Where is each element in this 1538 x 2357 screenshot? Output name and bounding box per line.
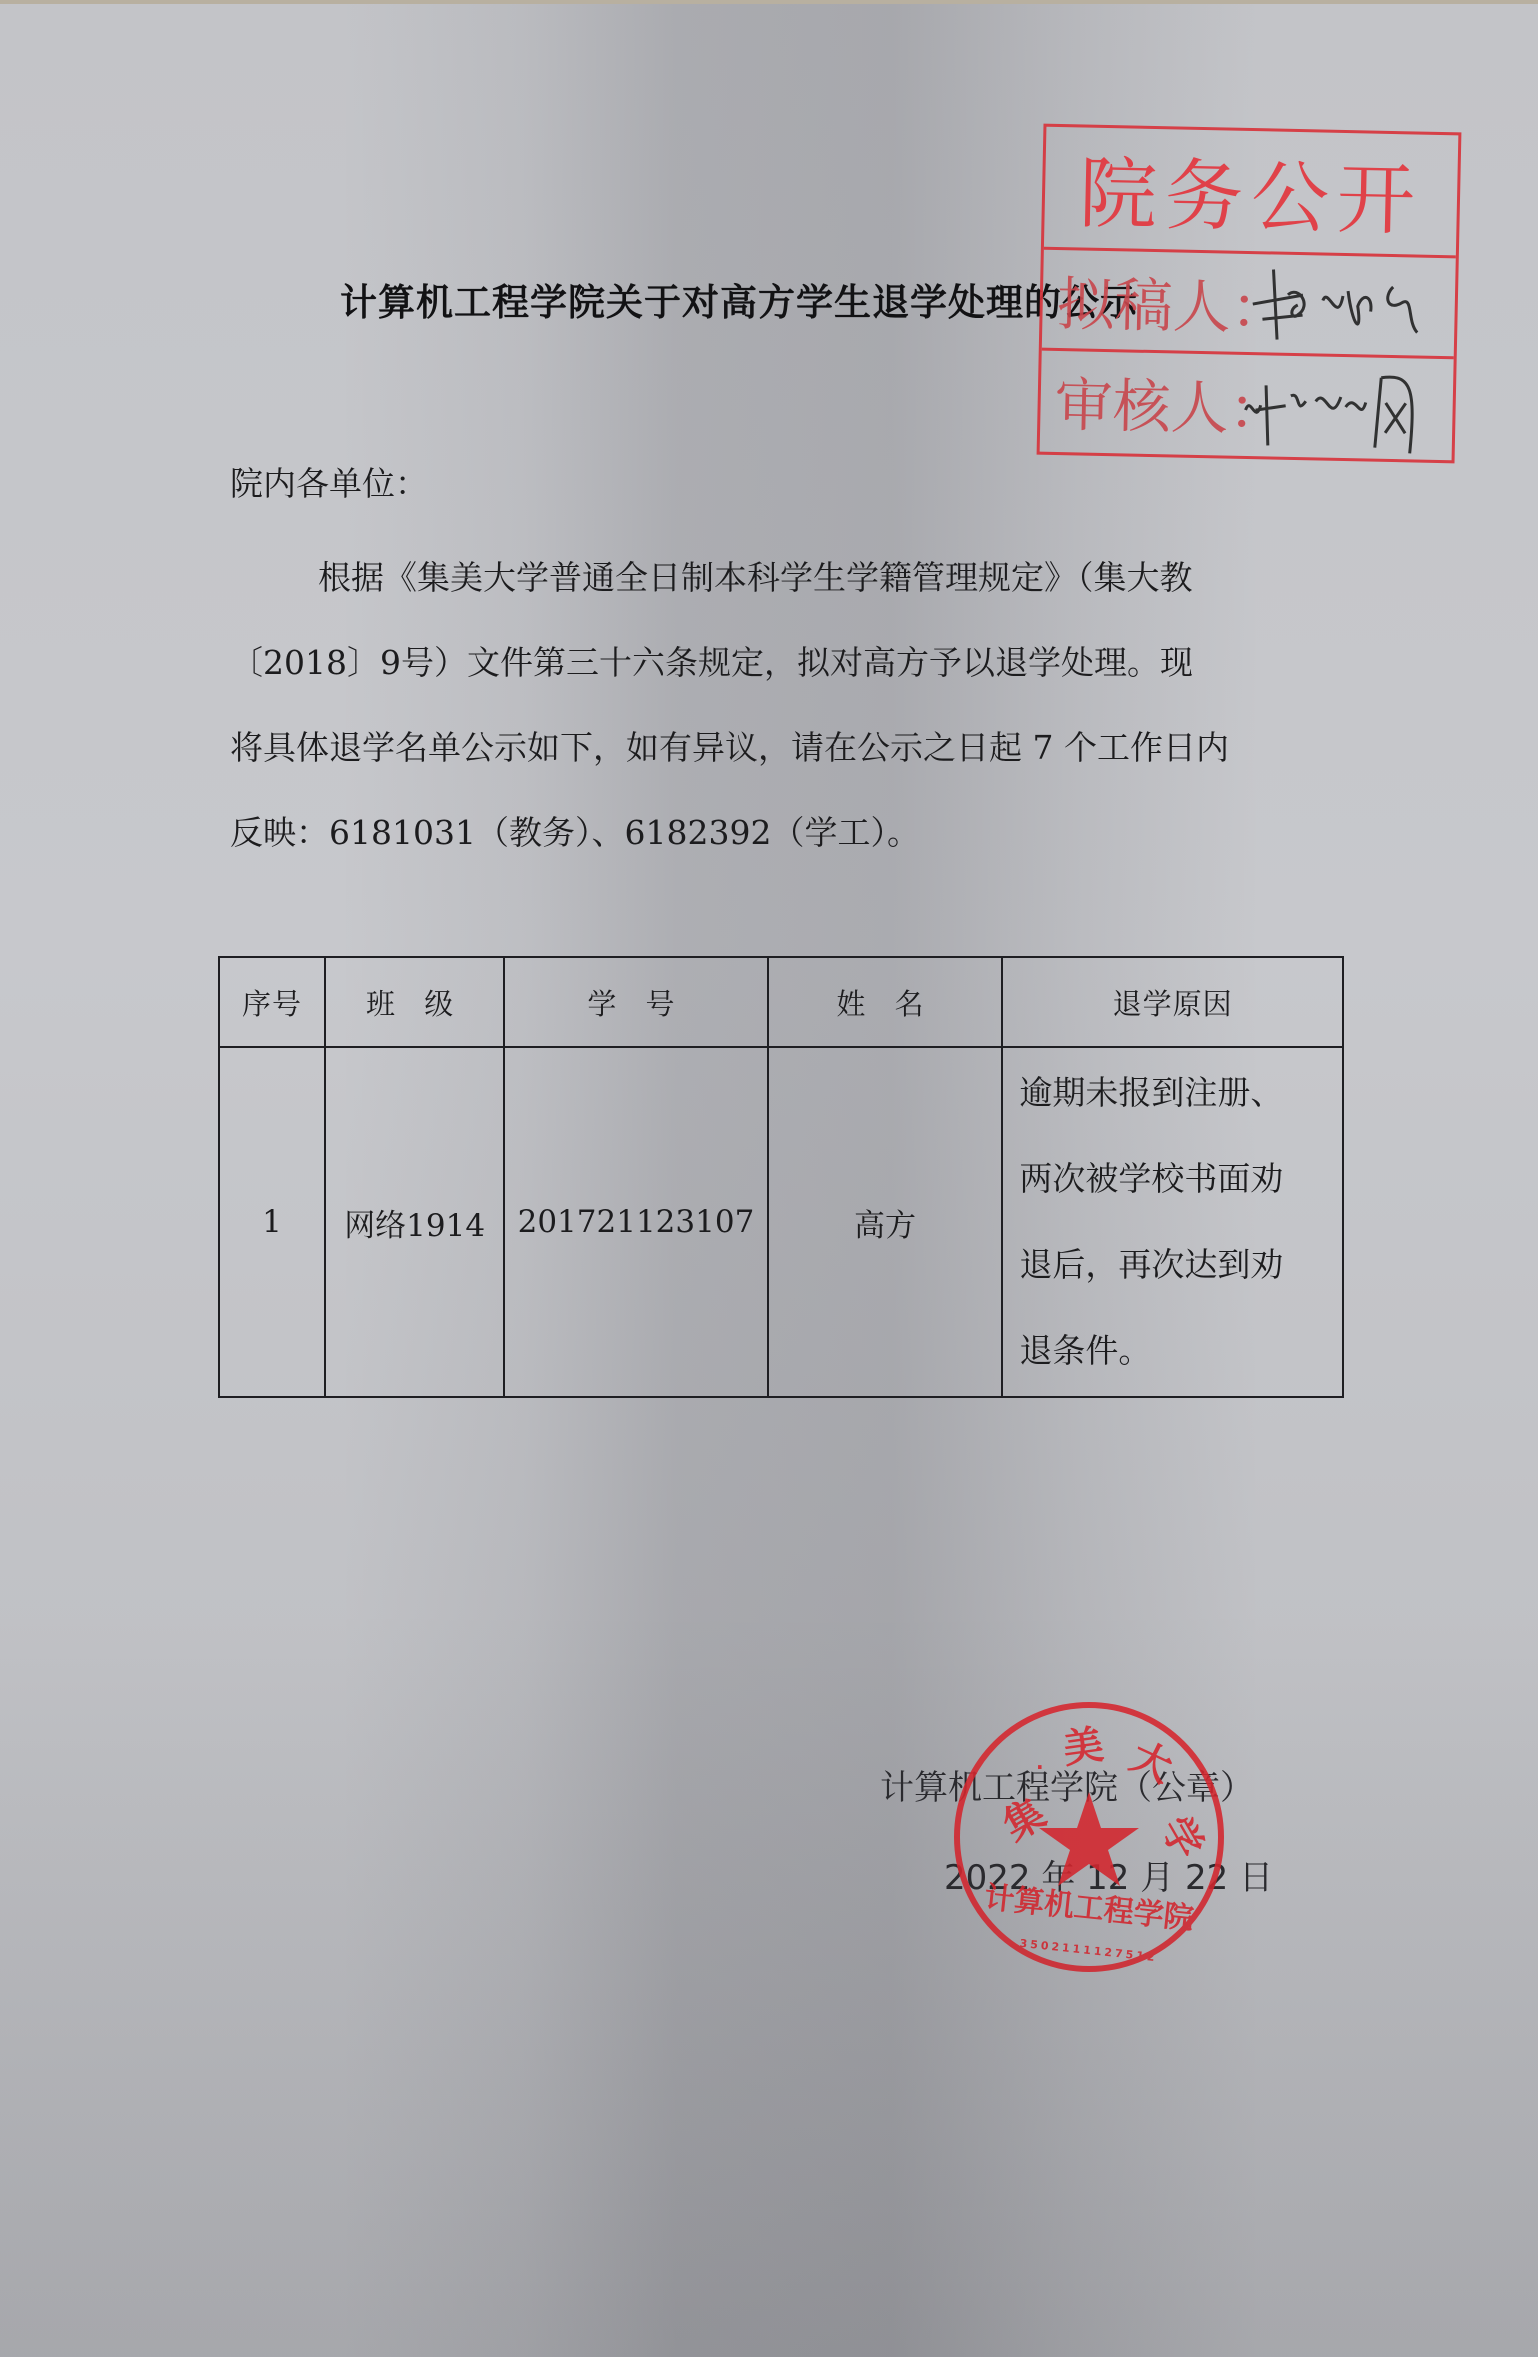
seal-char: ·: [1036, 1755, 1044, 1779]
body-paragraph: 根据《集美大学普通全日制本科学生学籍管理规定》（集大教 〔2018〕9号）文件第…: [230, 535, 1320, 875]
document-title: 计算机工程学院关于对高方学生退学处理的公示: [340, 272, 1138, 326]
seal-char: 集: [996, 1790, 1054, 1850]
seal-char: 美: [1060, 1722, 1106, 1773]
withdrawal-table: 序号 班 级 学 号 姓 名 退学原因 1 网络1914 20172112310…: [218, 956, 1344, 1398]
reason-line: 两次被学校书面劝: [1019, 1136, 1334, 1222]
reason-line: 逾期未报到注册、: [1019, 1050, 1334, 1136]
public-affairs-stamp: 院务公开 拟稿人： 审核人：: [1037, 124, 1462, 464]
cell-seq: 1: [219, 1047, 325, 1397]
cell-class: 网络1914: [325, 1047, 504, 1397]
stamp-heading: 院务公开: [1044, 127, 1458, 259]
salutation: 院内各单位：: [230, 458, 428, 505]
official-seal-icon: 集 · 美 大 学 计算机工程学院 3502111127512: [948, 1696, 1230, 1978]
cell-name: 高方: [768, 1047, 1003, 1397]
seal-bottom-text: 计算机工程学院: [983, 1880, 1196, 1937]
star-icon: [1039, 1792, 1139, 1886]
header-name: 姓 名: [768, 957, 1003, 1047]
body-line: 将具体退学名单公示如下，如有异议，请在公示之日起 7 个工作日内: [230, 705, 1320, 790]
seal-char: 大: [1123, 1734, 1179, 1793]
body-line: 反映：6181031（教务）、6182392（学工）。: [230, 790, 1320, 875]
header-class: 班 级: [325, 957, 504, 1047]
header-reason: 退学原因: [1002, 957, 1343, 1047]
cell-student-id: 201721123107: [504, 1047, 767, 1397]
header-seq: 序号: [219, 957, 325, 1047]
body-line: 根据《集美大学普通全日制本科学生学籍管理规定》（集大教: [230, 535, 1320, 620]
reviewer-signature-icon: [1240, 355, 1432, 459]
paper-shadow: [0, 1600, 1538, 2357]
reason-line: 退后，再次达到劝: [1019, 1222, 1334, 1308]
reason-line: 退条件。: [1019, 1308, 1334, 1394]
drafter-row: 拟稿人：: [1042, 250, 1456, 360]
drafter-signature-icon: [1242, 264, 1434, 348]
seal-char: 学: [1151, 1809, 1211, 1867]
body-line: 〔2018〕9号）文件第三十六条规定，拟对高方予以退学处理。现: [230, 620, 1320, 705]
reviewer-row: 审核人：: [1040, 351, 1454, 458]
paper-top-edge: [0, 0, 1538, 4]
cell-reason: 逾期未报到注册、 两次被学校书面劝 退后，再次达到劝 退条件。: [1002, 1047, 1343, 1397]
header-student-id: 学 号: [504, 957, 767, 1047]
table-row: 1 网络1914 201721123107 高方 逾期未报到注册、 两次被学校书…: [219, 1047, 1343, 1397]
table-header-row: 序号 班 级 学 号 姓 名 退学原因: [219, 957, 1343, 1047]
